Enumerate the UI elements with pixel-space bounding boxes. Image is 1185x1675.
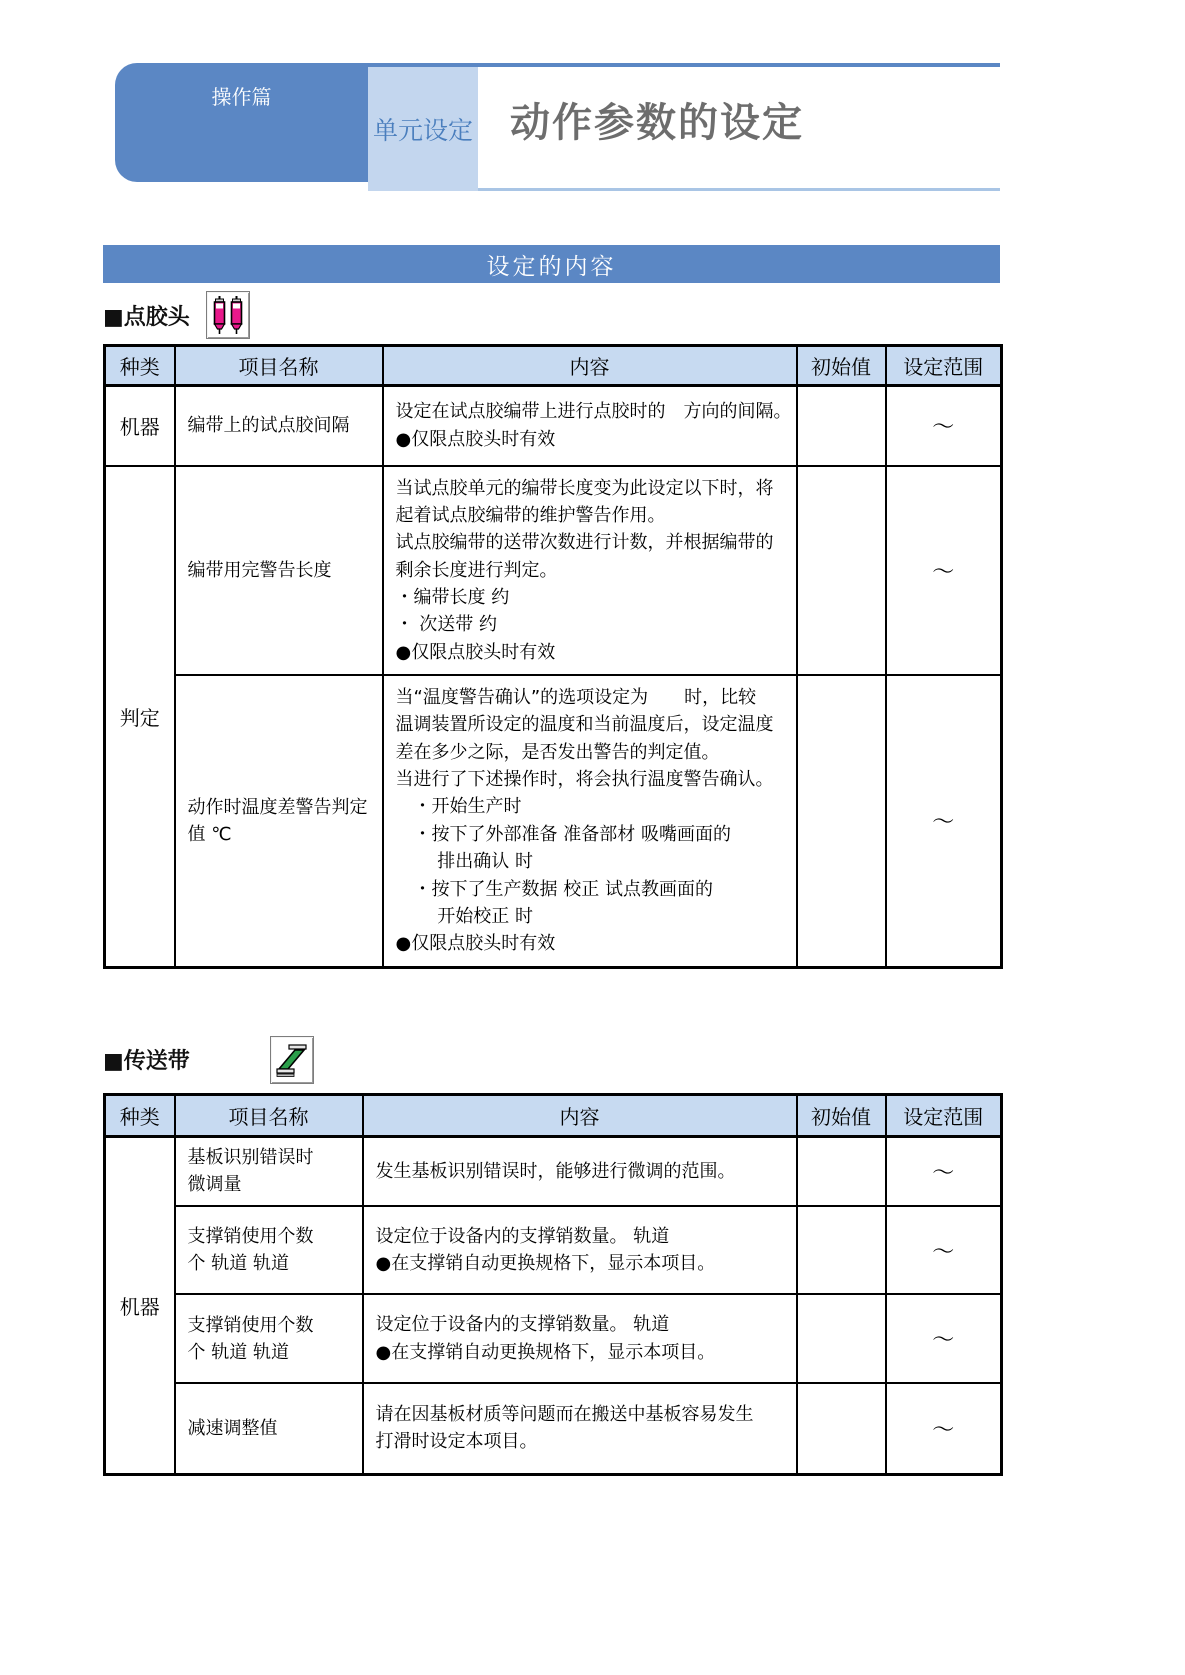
cell-setting-range: ～ [886,1383,1002,1474]
conveyor-icon-glyph [274,1040,310,1080]
cell-content: 请在因基板材质等问题而在搬送中基板容易发生 打滑时设定本项目。 [363,1383,797,1474]
dispense-head-icon-glyph [210,295,246,335]
table-row: 机器 基板识别错误时 微调量 发生基板识别错误时，能够进行微调的范围。 ～ [105,1136,1002,1206]
unit-setting-tab: 单元设定 [368,67,478,191]
dispense-head-table: 种类 项目名称 内容 初始值 设定范围 机器 编带上的试点胶间隔 设定在试点胶编… [103,344,1003,969]
cell-initial-value [797,1136,886,1206]
cell-item-name: 支撑销使用个数 个 轨道 轨道 [175,1206,363,1294]
unit-setting-label: 单元设定 [373,111,473,147]
cell-item-name: 编带用完警告长度 [175,466,383,676]
cell-content: 设定位于设备内的支撑销数量。 轨道 ●在支撑销自动更换规格下，显示本项目。 [363,1294,797,1383]
book-tab: 操作篇 [115,63,368,182]
cell-content: 当试点胶单元的编带长度变为此设定以下时，将 起着试点胶编带的维护警告作用。 试点… [383,466,797,676]
conveyor-icon [270,1036,314,1084]
cell-content: 设定在试点胶编带上进行点胶时的 方向的间隔。 ●仅限点胶头时有效 [383,386,797,466]
col-header-content: 内容 [383,346,797,386]
col-header-initial-value: 初始值 [797,1094,886,1136]
page-header: 操作篇 单元设定 动作参数的设定 [115,63,1000,191]
page-title: 动作参数的设定 [510,91,804,148]
cell-setting-range: ～ [886,466,1002,676]
col-header-item-name: 项目名称 [175,346,383,386]
cell-item-name: 动作时温度差警告判定 值 ℃ [175,675,383,967]
col-header-initial-value: 初始值 [797,346,886,386]
page-content: 设定的内容 ■点胶头 [103,245,1000,1476]
cell-item-name: 编带上的试点胶间隔 [175,386,383,466]
col-header-item-name: 项目名称 [175,1094,363,1136]
table-header-row: 种类 项目名称 内容 初始值 设定范围 [105,346,1002,386]
book-label: 操作篇 [212,85,272,109]
col-header-setting-range: 设定范围 [886,346,1002,386]
cell-item-name: 减速调整值 [175,1383,363,1474]
cell-content: 当“温度警告确认”的选项设定为 时，比较 温调装置所设定的温度和当前温度后，设定… [383,675,797,967]
cell-setting-range: ～ [886,1136,1002,1206]
cell-item-name: 支撑销使用个数 个 轨道 轨道 [175,1294,363,1383]
cell-initial-value [797,1383,886,1474]
section-label: ■点胶头 [103,300,190,331]
cell-initial-value [797,1206,886,1294]
table-row: 支撑销使用个数 个 轨道 轨道 设定位于设备内的支撑销数量。 轨道 ●在支撑销自… [105,1206,1002,1294]
section-heading-dispense-head: ■点胶头 [103,290,1000,340]
table-row: 支撑销使用个数 个 轨道 轨道 设定位于设备内的支撑销数量。 轨道 ●在支撑销自… [105,1294,1002,1383]
cell-kind: 机器 [105,386,175,466]
col-header-kind: 种类 [105,346,175,386]
col-header-setting-range: 设定范围 [886,1094,1002,1136]
section-heading-conveyor: ■传送带 [103,1031,1000,1089]
cell-initial-value [797,675,886,967]
dispense-head-icon [206,291,250,339]
table-row: 判定 编带用完警告长度 当试点胶单元的编带长度变为此设定以下时，将 起着试点胶编… [105,466,1002,676]
cell-initial-value [797,1294,886,1383]
cell-setting-range: ～ [886,1294,1002,1383]
section-label: ■传送带 [103,1044,190,1075]
cell-setting-range: ～ [886,675,1002,967]
cell-initial-value [797,466,886,676]
header-bottom-rule [478,188,1000,191]
table-row: 机器 编带上的试点胶间隔 设定在试点胶编带上进行点胶时的 方向的间隔。 ●仅限点… [105,386,1002,466]
cell-kind: 判定 [105,466,175,968]
cell-kind: 机器 [105,1136,175,1474]
col-header-content: 内容 [363,1094,797,1136]
cell-content: 设定位于设备内的支撑销数量。 轨道 ●在支撑销自动更换规格下，显示本项目。 [363,1206,797,1294]
manual-page: { "header": { "book": "操作篇", "tab": "单元设… [0,0,1185,1675]
conveyor-table: 种类 项目名称 内容 初始值 设定范围 机器 基板识别错误时 微调量 发生基板识… [103,1093,1003,1476]
banner-title: 设定的内容 [487,248,617,281]
table-row: 动作时温度差警告判定 值 ℃ 当“温度警告确认”的选项设定为 时，比较 温调装置… [105,675,1002,967]
cell-item-name: 基板识别错误时 微调量 [175,1136,363,1206]
table-header-row: 种类 项目名称 内容 初始值 设定范围 [105,1094,1002,1136]
cell-setting-range: ～ [886,386,1002,466]
col-header-kind: 种类 [105,1094,175,1136]
cell-setting-range: ～ [886,1206,1002,1294]
cell-initial-value [797,386,886,466]
table-row: 减速调整值 请在因基板材质等问题而在搬送中基板容易发生 打滑时设定本项目。 ～ [105,1383,1002,1474]
cell-content: 发生基板识别错误时，能够进行微调的范围。 [363,1136,797,1206]
section-banner: 设定的内容 [103,245,1000,283]
